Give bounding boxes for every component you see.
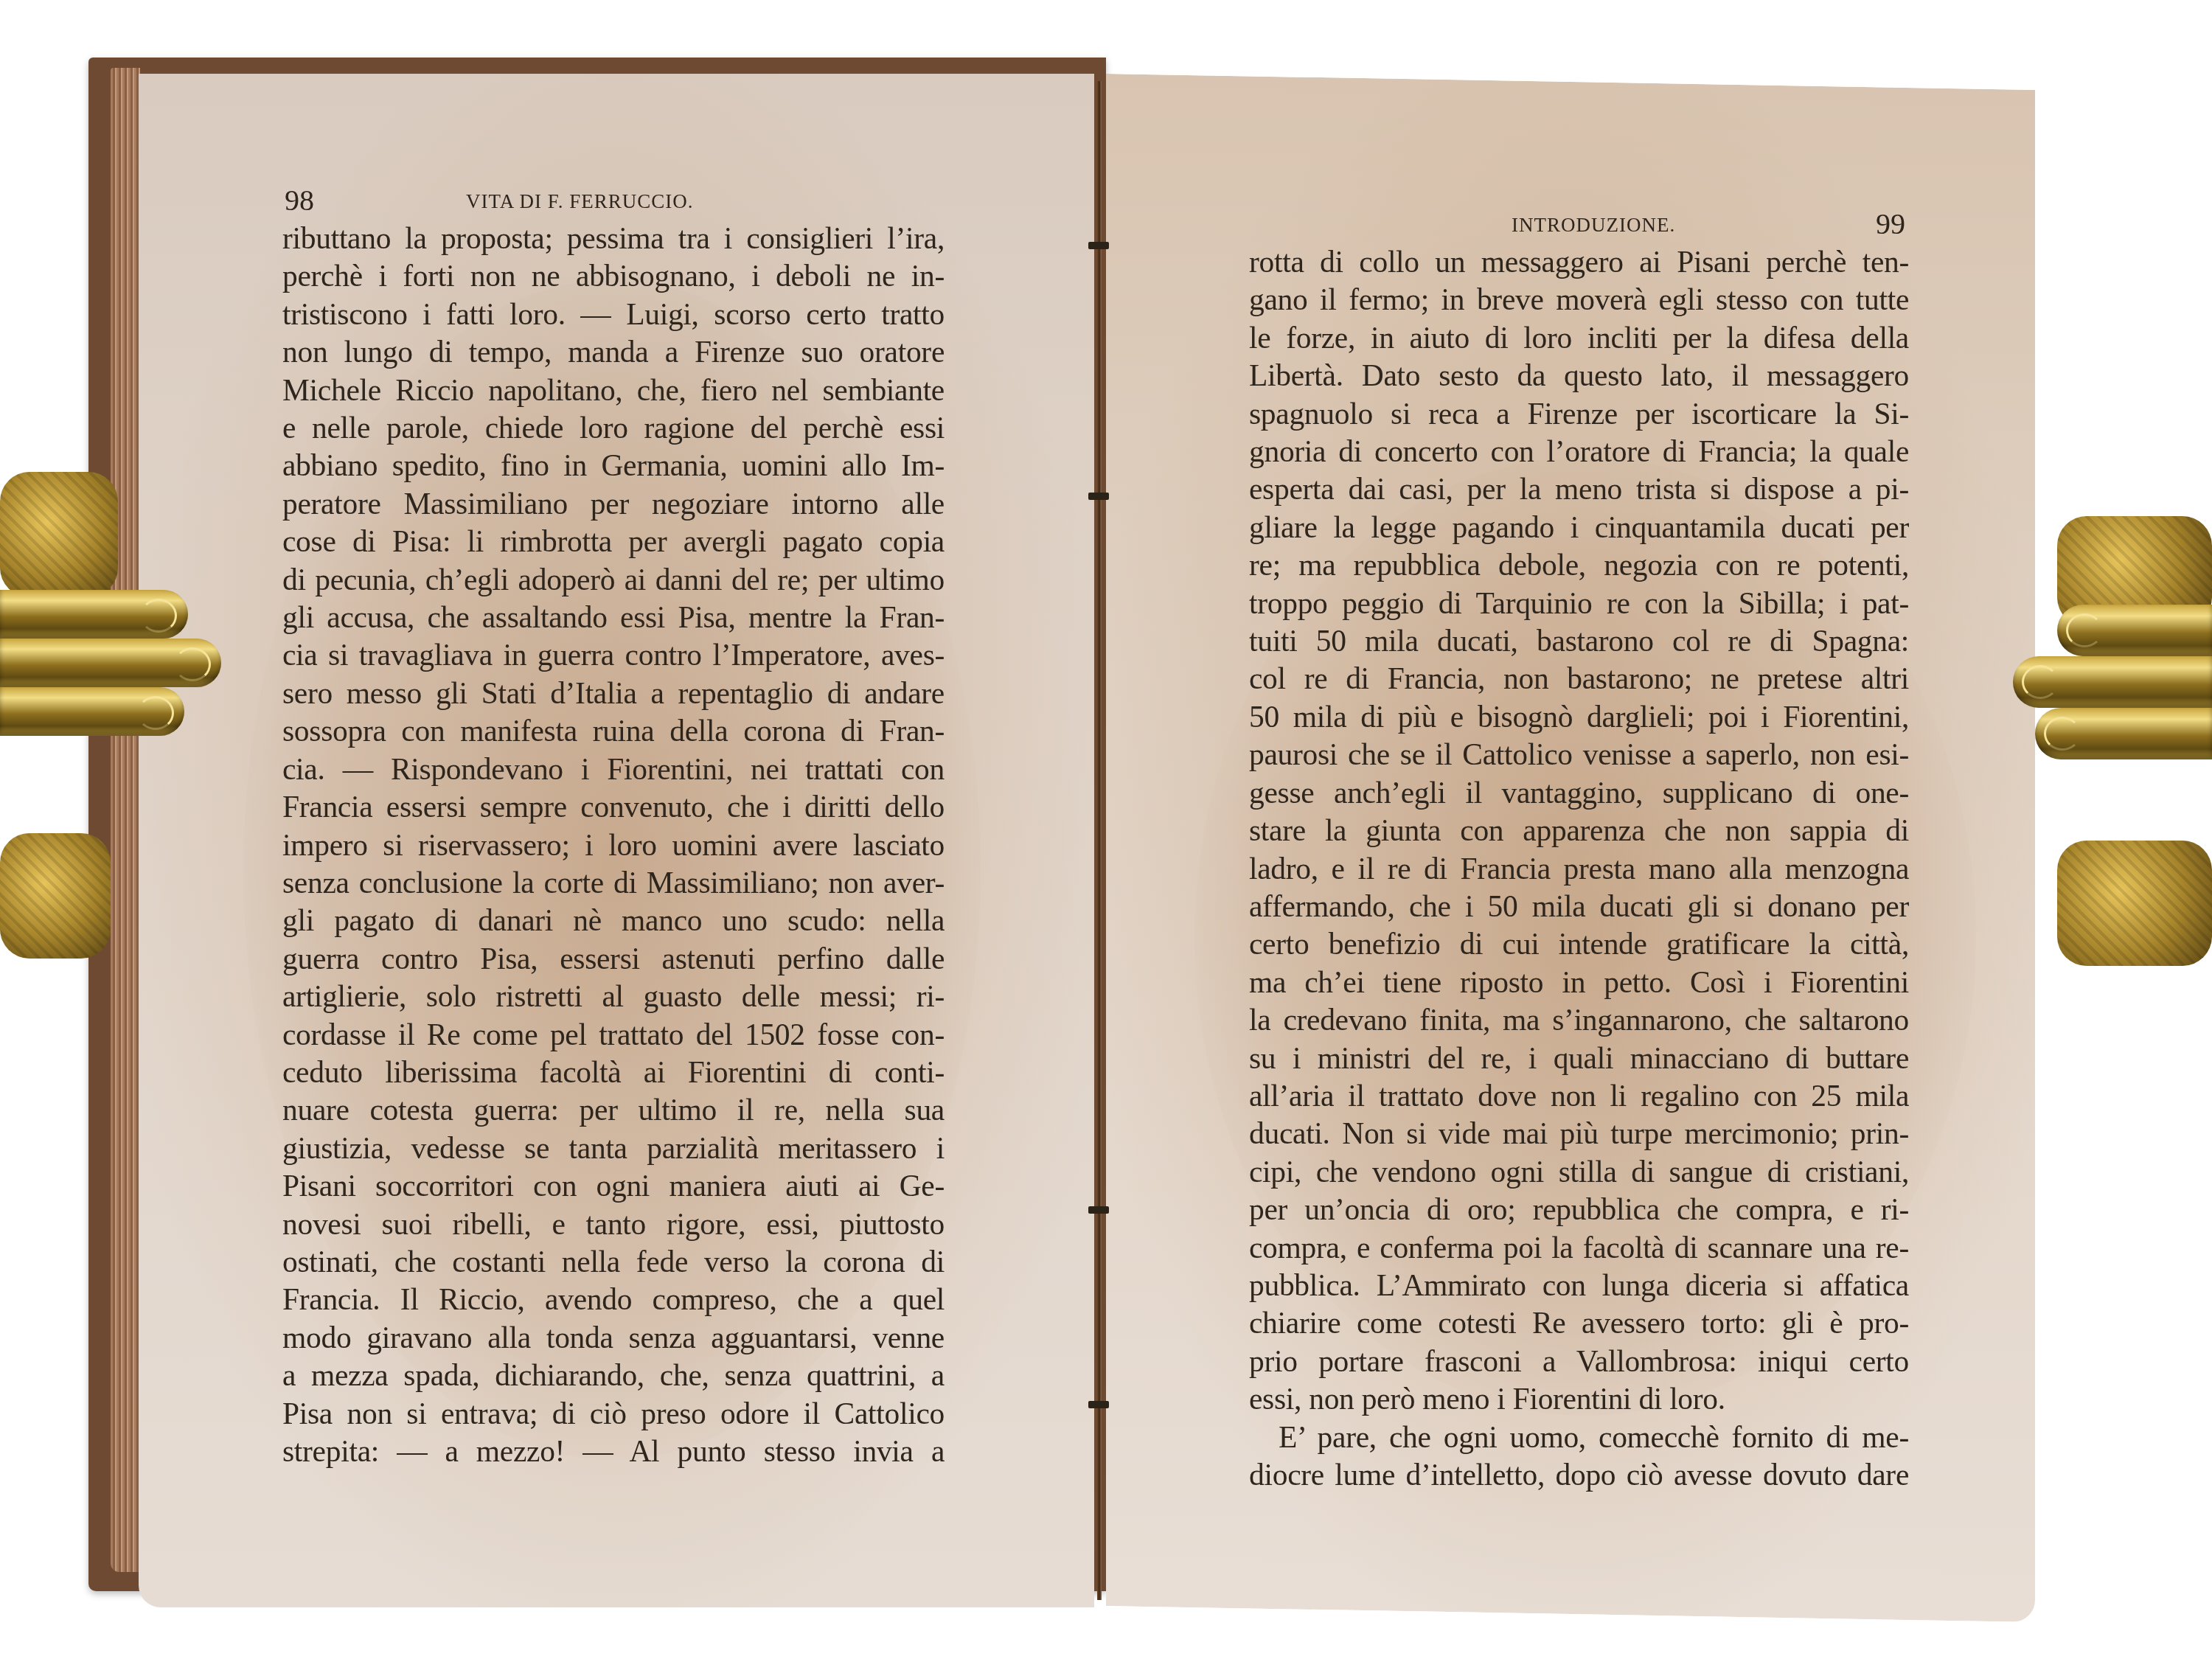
text-line: ributtano la proposta; pessima tra i con…	[282, 220, 945, 257]
text-line: Francia essersi sempre convenuto, che i …	[282, 788, 945, 826]
text-line: ostinati, che costanti nella fede verso …	[282, 1243, 945, 1281]
text-line: e nelle parole, chiede loro ragione del …	[282, 409, 945, 447]
text-line: compra, e conferma poi la facoltà di sca…	[1249, 1229, 1909, 1267]
text-line: non lungo di tempo, manda a Firenze suo …	[282, 333, 945, 371]
text-line: strepita: — a mezzo! — Al punto stesso i…	[282, 1433, 945, 1470]
text-line: certo benefizio di cui intende gratifica…	[1249, 925, 1909, 963]
text-line: ladro, e il re di Francia presta mano al…	[1249, 850, 1909, 888]
clip-nail	[137, 696, 174, 730]
text-line: gnoria di concerto con l’oratore di Fran…	[1249, 433, 1909, 470]
text-line: a mezza spada, dichiarando, che, senza q…	[282, 1357, 945, 1394]
left-page-text: ributtano la proposta; pessima tra i con…	[282, 220, 945, 1470]
text-line: le forze, in aiuto di loro incliti per l…	[1249, 319, 1909, 357]
clip-ornament-bottom	[2057, 841, 2212, 966]
text-line-paragraph-end: essi, non però meno i Fiorentini di loro…	[1249, 1380, 1909, 1418]
text-line: ducati. Non si vide mai più turpe mercim…	[1249, 1115, 1909, 1152]
text-line: tuiti 50 mila ducati, bastarono col re d…	[1249, 622, 1909, 660]
brass-page-clip-left	[0, 472, 229, 959]
binding-stitch	[1088, 1206, 1109, 1214]
text-line: gliare la legge pagando i cinquantamila …	[1249, 509, 1909, 546]
text-line: tristiscono i fatti loro. — Luigi, scors…	[282, 296, 945, 333]
text-line: sero messo gli Stati d’Italia a repentag…	[282, 675, 945, 712]
text-line: 50 mila di più e bisognò darglieli; poi …	[1249, 698, 1909, 736]
text-line: col re di Francia, non bastarono; ne pre…	[1249, 660, 1909, 698]
brass-page-clip-right	[1983, 501, 2212, 981]
text-line: novesi suoi ribelli, e tanto rigore, ess…	[282, 1206, 945, 1243]
text-line: peratore Massimiliano per negoziare into…	[282, 485, 945, 523]
text-line: perchè i forti non ne abbisognano, i deb…	[282, 257, 945, 295]
page-number-left: 98	[285, 183, 314, 218]
text-line: di pecunia, ch’egli adoperò ai danni del…	[282, 561, 945, 599]
text-line: ma ch’ei tiene riposto in petto. Così i …	[1249, 964, 1909, 1001]
text-line: nuare cotesta guerra: per ultimo il re, …	[282, 1091, 945, 1129]
page-number-right: 99	[1876, 206, 1905, 241]
text-line: per un’oncia di oro; repubblica che comp…	[1249, 1191, 1909, 1228]
text-line-paragraph-start: E’ pare, che ogni uomo, comecchè fornito…	[1249, 1419, 1909, 1456]
text-line: cia. — Rispondevano i Fiorentini, nei tr…	[282, 751, 945, 788]
clip-nail	[2022, 665, 2059, 699]
text-line: Libertà. Dato sesto da questo lato, il m…	[1249, 357, 1909, 394]
text-line: diocre lume d’intelletto, dopo ciò avess…	[1249, 1456, 1909, 1494]
text-line: cia si travagliava in guerra contro l’Im…	[282, 636, 945, 674]
text-line: re; ma repubblica debole, negozia con re…	[1249, 546, 1909, 584]
text-line: senza conclusione la corte di Massimilia…	[282, 864, 945, 902]
running-head-left: VITA DI F. FERRUCCIO.	[466, 190, 693, 213]
text-line: Francia. Il Riccio, avendo compreso, che…	[282, 1281, 945, 1318]
text-line: cose di Pisa: li rimbrotta per avergli p…	[282, 523, 945, 560]
text-line: troppo peggio di Tarquinio re con la Sib…	[1249, 585, 1909, 622]
book-gutter	[1097, 81, 1102, 1600]
text-line: cordasse il Re come pel trattato del 150…	[282, 1016, 945, 1054]
running-head-right: INTRODUZIONE.	[1512, 214, 1675, 237]
text-line: stare la giunta con apparenza che non sa…	[1249, 812, 1909, 849]
text-line: artiglierie, solo ristretti al guasto de…	[282, 978, 945, 1015]
text-line: impero si riservassero; i loro uomini av…	[282, 827, 945, 864]
text-line: su i ministri del re, i quali minacciano…	[1249, 1040, 1909, 1077]
text-line: pubblica. L’Ammirato con lunga diceria s…	[1249, 1267, 1909, 1304]
text-line: gli accusa, che assaltando essi Pisa, me…	[282, 599, 945, 636]
clip-nail	[140, 599, 177, 633]
text-line: gli pagato di danari nè manco uno scudo:…	[282, 902, 945, 939]
text-line: Pisani soccorritori con ogni maniera aiu…	[282, 1167, 945, 1205]
text-line: guerra contro Pisa, essersi astenuti per…	[282, 940, 945, 978]
text-line: la credevano finita, ma s’ingannarono, c…	[1249, 1001, 1909, 1039]
text-line: Michele Riccio napolitano, che, fiero ne…	[282, 372, 945, 409]
clip-ornament-bottom	[0, 833, 111, 959]
text-line: gesse anch’egli il vantaggino, supplican…	[1249, 774, 1909, 812]
clip-nail	[2066, 613, 2103, 647]
text-line: gano il fermo; in breve moverà egli stes…	[1249, 281, 1909, 319]
text-line: esperta dai casi, per la meno trista si …	[1249, 470, 1909, 508]
binding-stitch	[1088, 242, 1109, 249]
text-line: ceduto liberissima facoltà ai Fiorentini…	[282, 1054, 945, 1091]
binding-stitch	[1088, 1401, 1109, 1408]
text-line: rotta di collo un messaggero ai Pisani p…	[1249, 243, 1909, 281]
text-line: all’aria il trattato dove non li regalin…	[1249, 1077, 1909, 1115]
text-line: Pisa non si entrava; di ciò preso odore …	[282, 1395, 945, 1433]
right-page-text: rotta di collo un messaggero ai Pisani p…	[1249, 243, 1909, 1494]
text-line: abbiano spedito, fino in Germania, uomin…	[282, 447, 945, 484]
text-line: modo giravano alla tonda senza agguantar…	[282, 1319, 945, 1357]
text-line: paurosi che se il Cattolico venisse a sa…	[1249, 736, 1909, 773]
text-line: affermando, che i 50 mila ducati gli si …	[1249, 888, 1909, 925]
binding-stitch	[1088, 493, 1109, 500]
text-line: giustizia, vedesse se tanta parzialità m…	[282, 1130, 945, 1167]
text-line: prio portare frasconi a Vallombrosa: ini…	[1249, 1343, 1909, 1380]
clip-nail	[174, 647, 211, 681]
text-line: spagnuolo si reca a Firenze per iscortic…	[1249, 395, 1909, 433]
text-line: cipi, che vendono ogni stilla di sangue …	[1249, 1153, 1909, 1191]
text-line: sossopra con manifesta ruina della coron…	[282, 712, 945, 750]
clip-nail	[2044, 717, 2081, 751]
clip-ornament-top	[0, 472, 118, 597]
text-line: chiarire come cotesti Re avessero torto:…	[1249, 1304, 1909, 1342]
